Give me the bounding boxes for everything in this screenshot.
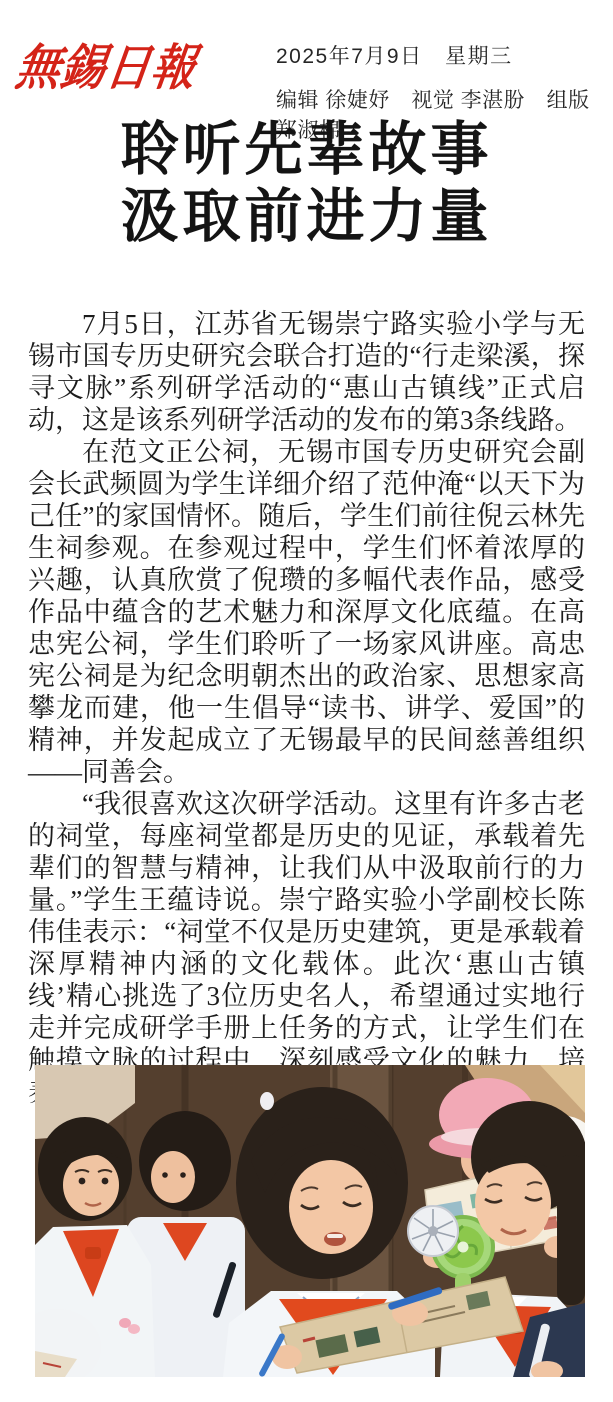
article-body: 7月5日，江苏省无锡崇宁路实验小学与无锡市国专历史研究会联合打造的“行走梁溪，探… [28, 308, 585, 1108]
paragraph-3-text: “我很喜欢这次研学活动。这里有许多古老的祠堂，每座祠堂都是历史的见证，承载着先辈… [28, 789, 585, 1107]
article-headline: 聆听先辈故事 汲取前进力量 [0, 116, 613, 251]
newspaper-page: { "masthead": { "logo_text": "無錫日報", "lo… [0, 0, 613, 1402]
newspaper-logo: 無錫日報 [16, 22, 198, 105]
paragraph-3: “我很喜欢这次研学活动。这里有许多古老的祠堂，每座祠堂都是历史的见证，承载着先辈… [28, 788, 585, 1108]
headline-line-2: 汲取前进力量 [0, 183, 613, 250]
headline-line-1: 聆听先辈故事 [0, 116, 613, 183]
white-handheld-fan [408, 1206, 458, 1256]
paragraph-1: 7月5日，江苏省无锡崇宁路实验小学与无锡市国专历史研究会联合打造的“行走梁溪，探… [28, 308, 585, 436]
paragraph-2: 在范文正公祠，无锡市国专历史研究会副会长武频圆为学生详细介绍了范仲淹“以天下为己… [28, 436, 585, 788]
photo-illustration [35, 1065, 585, 1377]
article-photo [35, 1065, 585, 1377]
date-line: 2025年7月9日 星期三 [276, 40, 613, 70]
